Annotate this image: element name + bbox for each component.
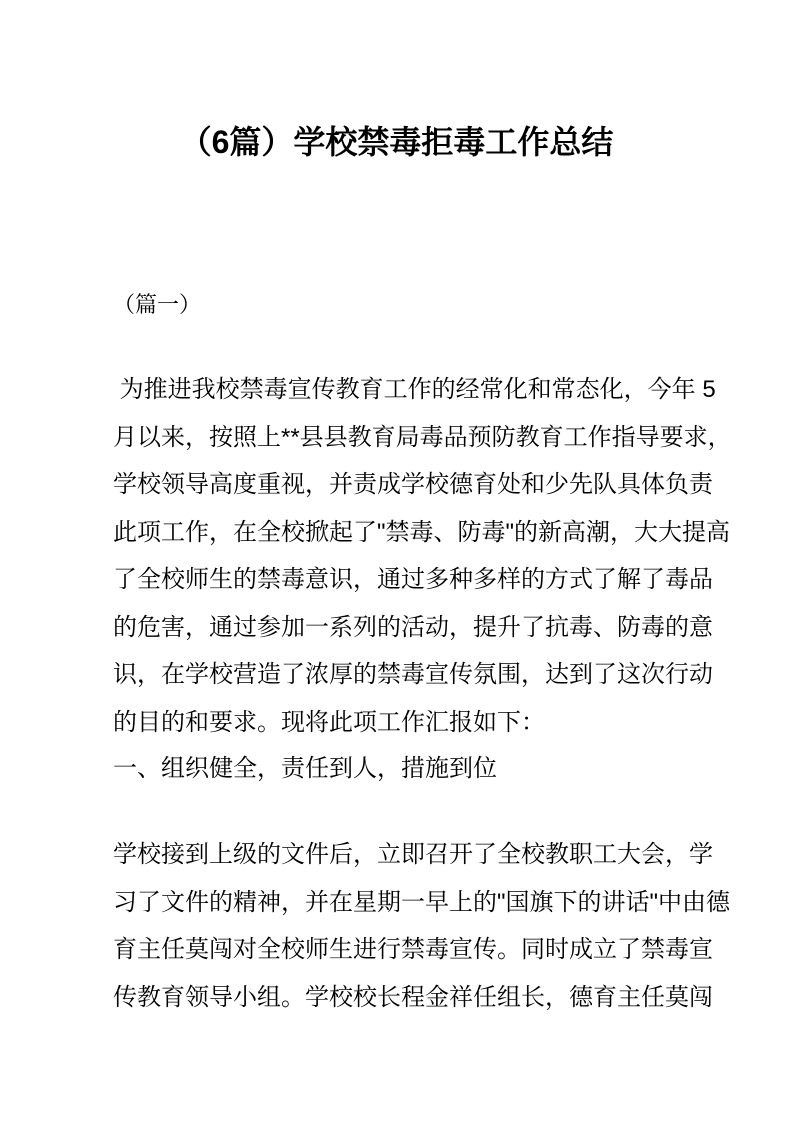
text-line: 传教育领导小组。学校校长程金祥任组长，德育主任莫闯 [113,974,713,1022]
text-line: 学校领导高度重视，并责成学校德育处和少先队具体负责 [113,461,713,509]
section-label-part-one: （篇一） [113,292,201,318]
text-line: 为推进我校禁毒宣传教育工作的经常化和常态化，今年 5 [113,366,713,414]
text-line: 学校接到上级的文件后，立即召开了全校教职工大会，学 [113,831,713,879]
subheading-organization: 一、组织健全，责任到人，措施到位 [113,745,497,793]
text-line: 的危害，通过参加一系列的活动，提升了抗毒、防毒的意 [113,604,713,652]
text-line: 的目的和要求。现将此项工作汇报如下： [113,699,713,747]
document-page: （6篇）学校禁毒拒毒工作总结 （篇一） 为推进我校禁毒宣传教育工作的经常化和常态… [0,0,793,1122]
document-title: （6篇）学校禁毒拒毒工作总结 [0,122,793,162]
text-line: 习了文件的精神，并在星期一早上的"国旗下的讲话"中由德 [113,879,713,927]
intro-paragraph: 为推进我校禁毒宣传教育工作的经常化和常态化，今年 5月以来，按照上**县县教育局… [113,366,713,746]
text-line: 了全校师生的禁毒意识，通过多种多样的方式了解了毒品 [113,556,713,604]
text-line: 识，在学校营造了浓厚的禁毒宣传氛围，达到了这次行动 [113,651,713,699]
text-line: 此项工作，在全校掀起了"禁毒、防毒"的新高潮，大大提高 [113,509,713,557]
text-line: 月以来，按照上**县县教育局毒品预防教育工作指导要求， [113,414,713,462]
organization-paragraph: 学校接到上级的文件后，立即召开了全校教职工大会，学习了文件的精神，并在星期一早上… [113,831,713,1021]
text-line: 育主任莫闯对全校师生进行禁毒宣传。同时成立了禁毒宣 [113,926,713,974]
